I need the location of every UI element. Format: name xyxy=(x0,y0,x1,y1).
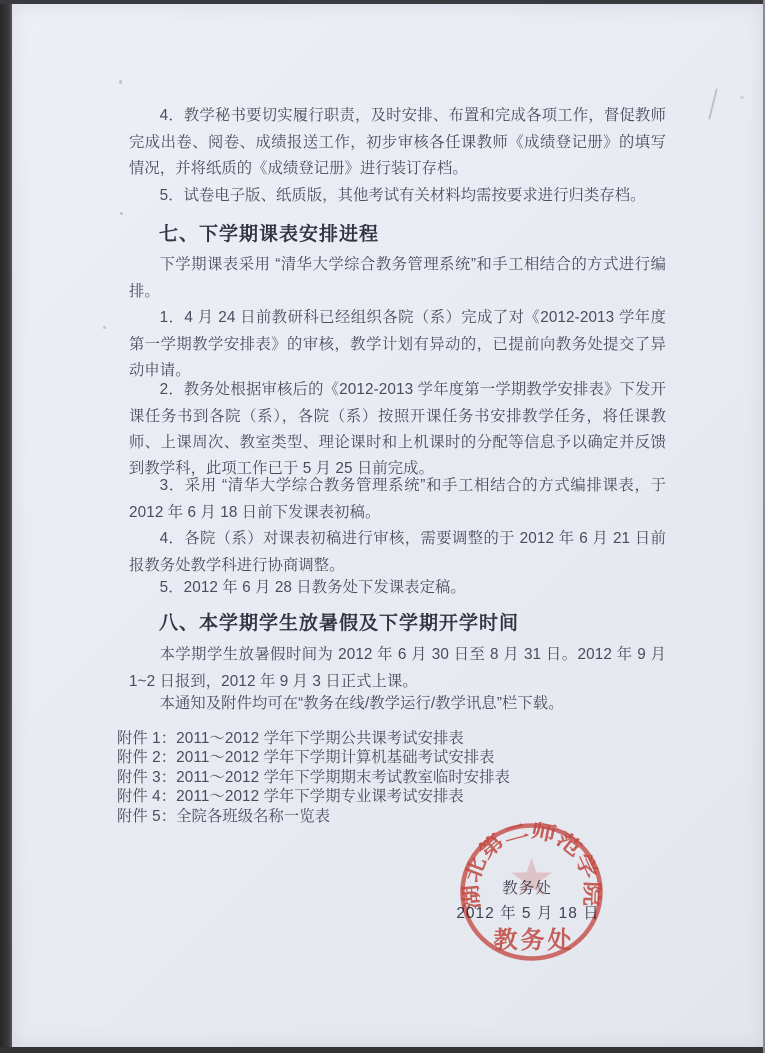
seal-bottom-text: 教务处 xyxy=(494,926,575,954)
seal-star-icon xyxy=(511,858,552,896)
scan-edge-left xyxy=(0,0,12,1053)
section7-step3: 3．采用 “清华大学综合教务管理系统”和手工相结合的方式编排课表，于 2012 … xyxy=(129,473,666,526)
attachment-2: 附件 2：2011～2012 学年下学期计算机基础考试安排表 xyxy=(117,748,677,767)
attachment-3: 附件 3：2011～2012 学年下学期期末考试教室临时安排表 xyxy=(117,768,677,787)
attachment-4: 附件 4：2011～2012 学年下学期专业课考试安排表 xyxy=(117,787,677,806)
section7-step2: 2．教务处根据审核后的《2012-2013 学年度第一学期教学安排表》下发开课任… xyxy=(129,377,666,482)
attachment-1: 附件 1：2011～2012 学年下学期公共课考试安排表 xyxy=(117,729,677,748)
scan-speck xyxy=(103,326,106,329)
scan-edge-bottom xyxy=(0,1047,765,1053)
section8-para2: 本通知及附件均可在“教务在线/教学运行/教学讯息”栏下载。 xyxy=(129,691,666,717)
paragraph-item5: 5．试卷电子版、纸质版，其他考试有关材料均需按要求进行归类存档。 xyxy=(129,183,666,209)
attachment-list: 附件 1：2011～2012 学年下学期公共课考试安排表 附件 2：2011～2… xyxy=(117,729,677,826)
paragraph-item4: 4．教学秘书要切实履行职责，及时安排、布置和完成各项工作，督促教师完成出卷、阅卷… xyxy=(129,103,666,182)
section7-heading: 七、下学期课表安排进程 xyxy=(159,220,669,250)
scan-edge-top xyxy=(0,0,765,4)
section7-step4: 4．各院（系）对课表初稿进行审核，需要调整的于 2012 年 6 月 21 日前… xyxy=(129,526,666,579)
scan-speck xyxy=(740,96,744,99)
section7-step1: 1．4 月 24 日前教研科已经组织各院（系）完成了对《2012-2013 学年… xyxy=(129,305,666,384)
official-seal-stamp: 湖北第二师范学院 教务处 xyxy=(458,822,605,962)
section8-heading: 八、本学期学生放暑假及下学期开学时间 xyxy=(159,609,669,639)
scan-speck xyxy=(119,80,122,84)
section8-para1: 本学期学生放暑假时间为 2012 年 6 月 30 日至 8 月 31 日。20… xyxy=(129,642,666,695)
scan-speck xyxy=(120,212,123,215)
section7-step5: 5．2012 年 6 月 28 日教务处下发课表定稿。 xyxy=(129,575,666,601)
scanned-document: 4．教学秘书要切实履行职责，及时安排、布置和完成各项工作，督促教师完成出卷、阅卷… xyxy=(0,0,765,1053)
section7-intro: 下学期课表采用 “清华大学综合教务管理系统”和手工相结合的方式进行编排。 xyxy=(129,252,666,305)
